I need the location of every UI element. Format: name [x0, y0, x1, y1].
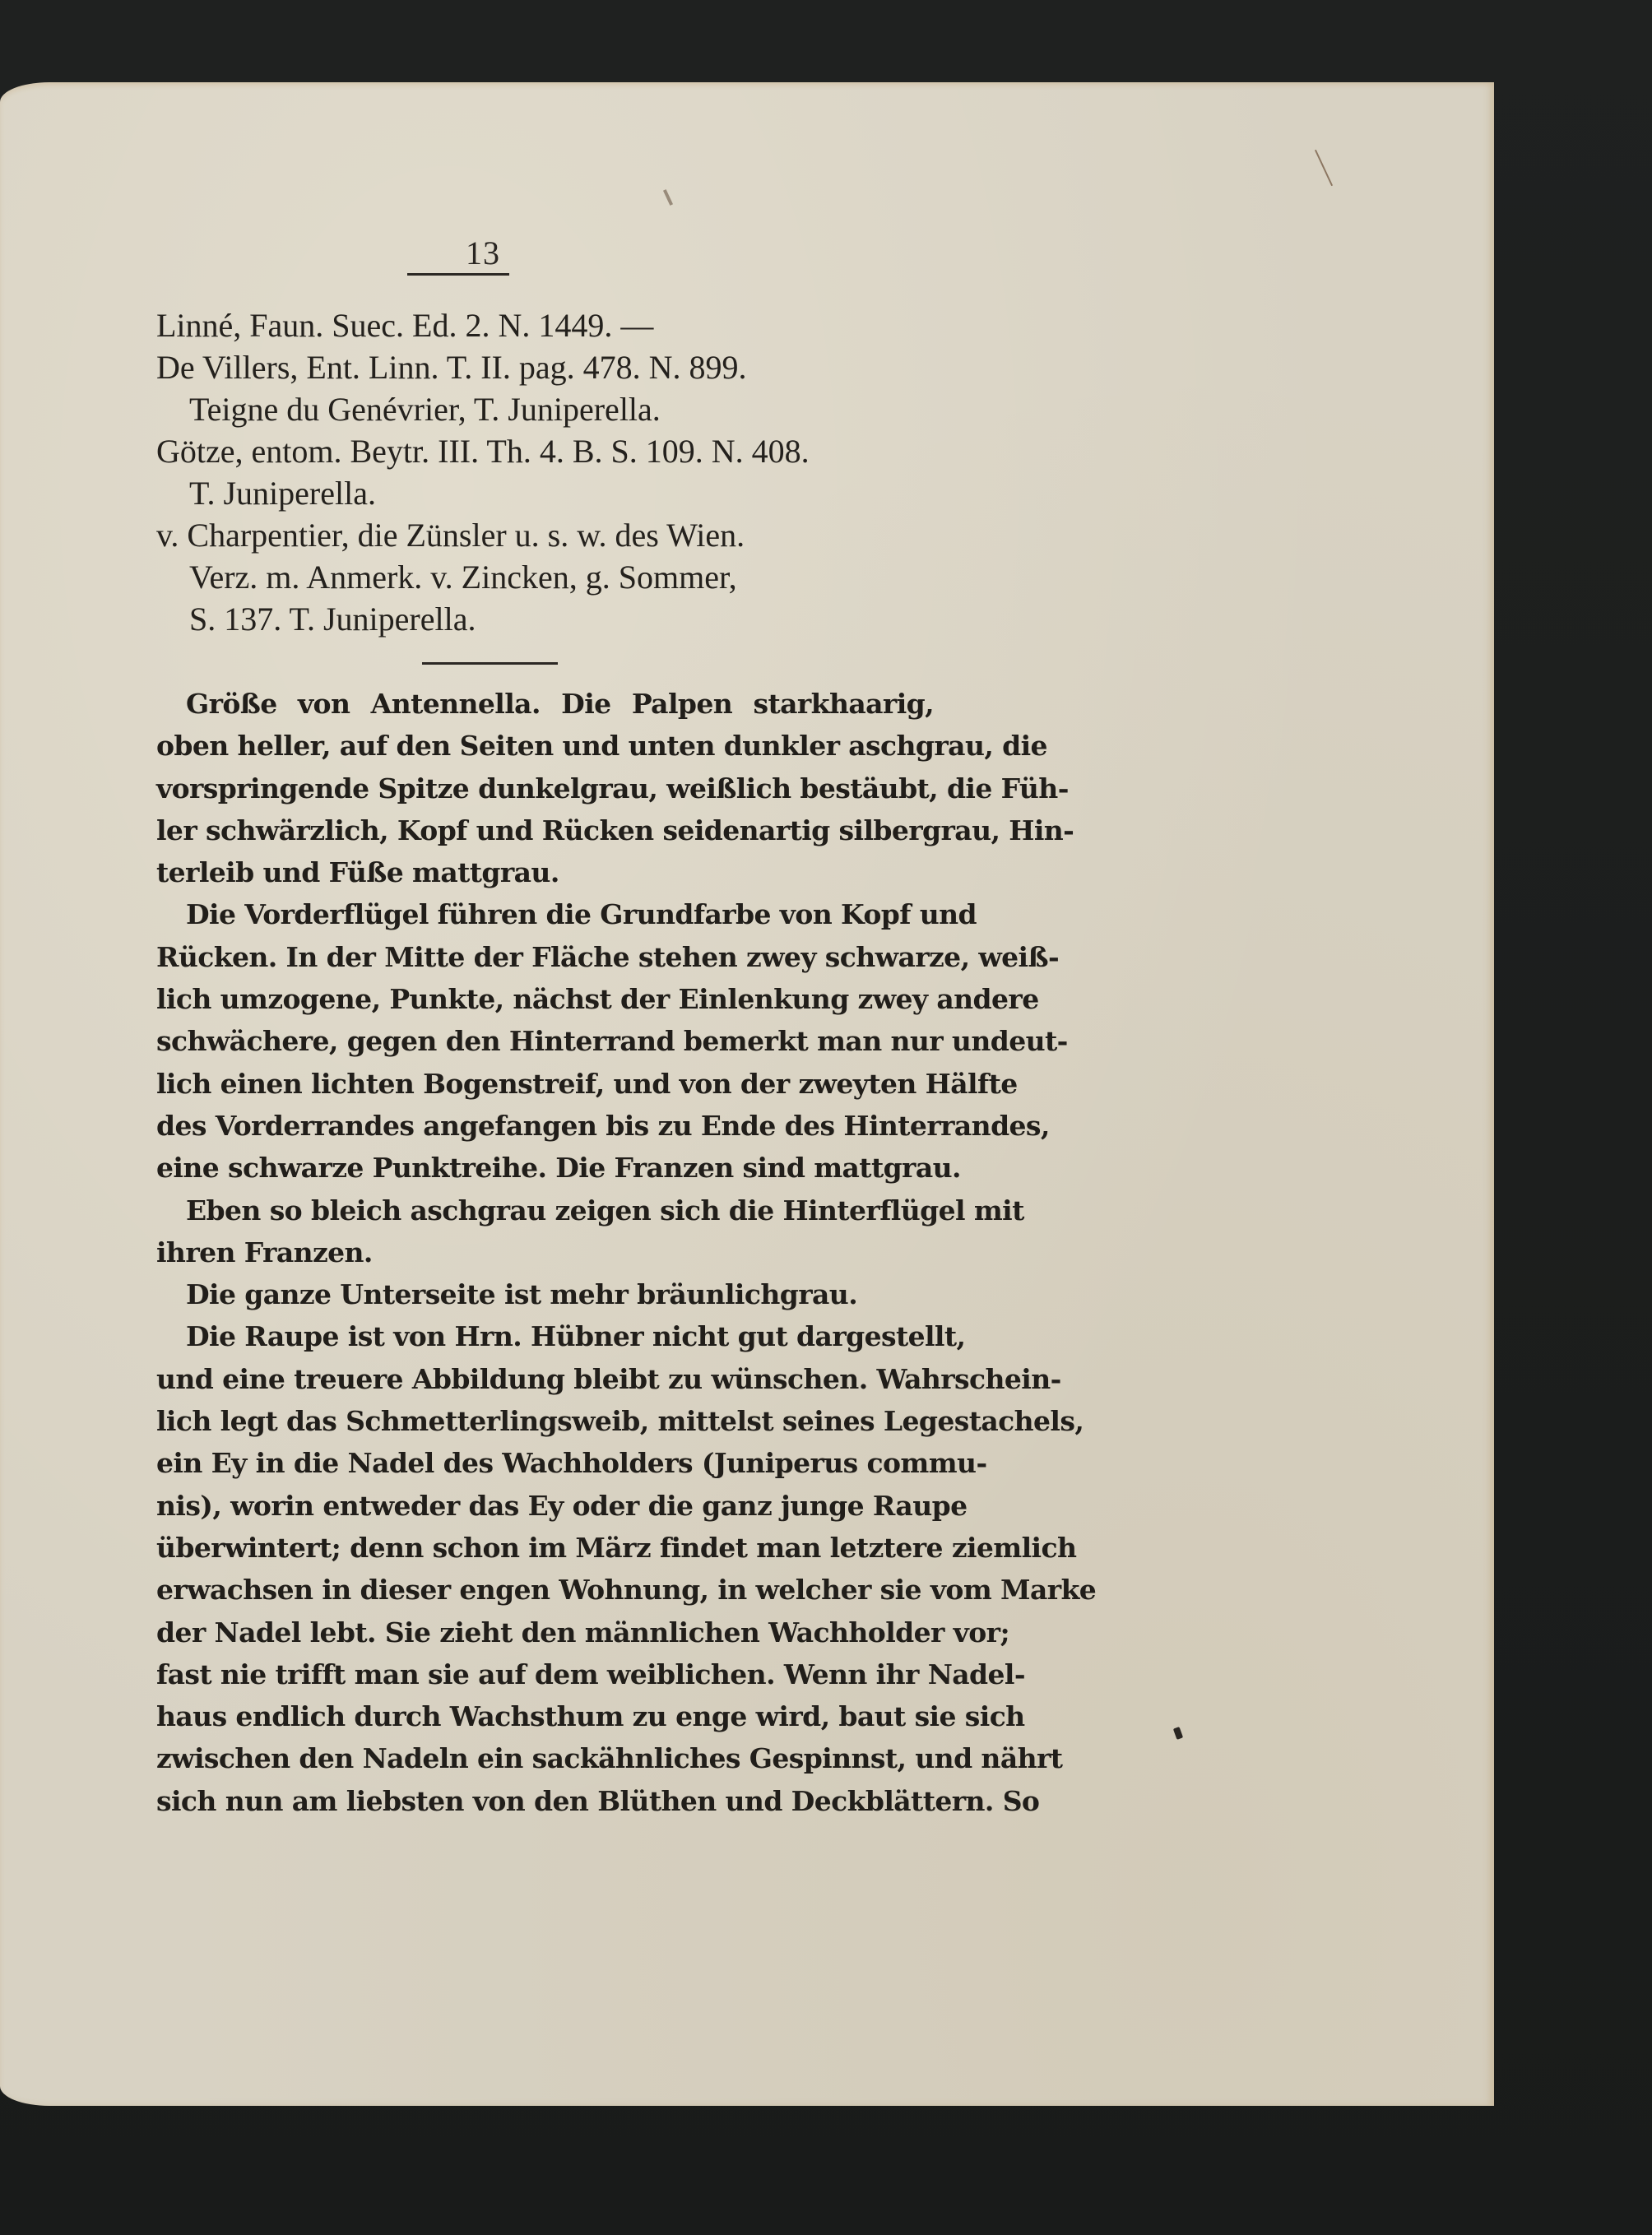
body-text: Größe von Antennella. Die Palpen starkha… [156, 683, 934, 1822]
body-line: Größe von Antennella. Die Palpen starkha… [156, 683, 934, 725]
body-line: lich einen lichten Bogenstreif, und von … [156, 1063, 934, 1105]
citation-line: T. Juniperella. [156, 472, 938, 514]
body-line: der Nadel lebt. Sie zieht den männlichen… [156, 1611, 934, 1653]
body-line: haus endlich durch Wachsthum zu enge wir… [156, 1695, 934, 1737]
body-line: terleib und Füße mattgrau. [156, 851, 934, 893]
body-line: oben heller, auf den Seiten und unten du… [156, 725, 934, 767]
paper-fiber-mark [663, 189, 673, 206]
body-line: und eine treuere Abbildung bleibt zu wün… [156, 1358, 934, 1400]
body-line: Rücken. In der Mitte der Fläche stehen z… [156, 936, 934, 978]
citation-block: Linné, Faun. Suec. Ed. 2. N. 1449. — De … [156, 304, 938, 640]
citation-line: S. 137. T. Juniperella. [156, 598, 938, 640]
body-line: sich nun am liebsten von den Blüthen und… [156, 1780, 934, 1822]
body-line: des Vorderrandes angefangen bis zu Ende … [156, 1105, 934, 1147]
citation-line: Linné, Faun. Suec. Ed. 2. N. 1449. — [156, 304, 938, 346]
body-line: eine schwarze Punktreihe. Die Franzen si… [156, 1147, 934, 1189]
body-line: schwächere, gegen den Hinterrand bemerkt… [156, 1020, 934, 1062]
body-line: Die ganze Unterseite ist mehr bräunlichg… [156, 1273, 934, 1315]
citation-line: De Villers, Ent. Linn. T. II. pag. 478. … [156, 346, 938, 388]
body-line: zwischen den Nadeln ein sackähnliches Ge… [156, 1737, 934, 1779]
body-line: Die Raupe ist von Hrn. Hübner nicht gut … [156, 1315, 934, 1357]
body-line: fast nie trifft man sie auf dem weiblich… [156, 1653, 934, 1695]
citation-line: v. Charpentier, die Zünsler u. s. w. des… [156, 514, 938, 556]
body-line: überwintert; denn schon im März findet m… [156, 1527, 934, 1569]
body-line: Die Vorderflügel führen die Grundfarbe v… [156, 893, 934, 935]
body-line: ler schwärzlich, Kopf und Rücken seidena… [156, 809, 934, 851]
page-number: 13 [466, 234, 500, 272]
body-line: ein Ey in die Nadel des Wachholders (Jun… [156, 1442, 934, 1484]
section-rule [422, 662, 558, 665]
citation-line: Verz. m. Anmerk. v. Zincken, g. Sommer, [156, 556, 938, 598]
citation-line: Teigne du Genévrier, T. Juniperella. [156, 388, 938, 430]
paper-fiber-mark [1315, 150, 1333, 186]
body-line: nis), worin entweder das Ey oder die gan… [156, 1485, 934, 1527]
header-rule [407, 273, 509, 276]
body-line: Eben so bleich aschgrau zeigen sich die … [156, 1189, 934, 1231]
body-line: erwachsen in dieser engen Wohnung, in we… [156, 1569, 934, 1611]
body-line: vorspringende Spitze dunkelgrau, weißlic… [156, 767, 934, 809]
citation-line: Götze, entom. Beytr. III. Th. 4. B. S. 1… [156, 430, 938, 472]
body-line: lich legt das Schmetterlingsweib, mittel… [156, 1400, 934, 1442]
body-line: ihren Franzen. [156, 1231, 934, 1273]
body-line: lich umzogene, Punkte, nächst der Einlen… [156, 978, 934, 1020]
